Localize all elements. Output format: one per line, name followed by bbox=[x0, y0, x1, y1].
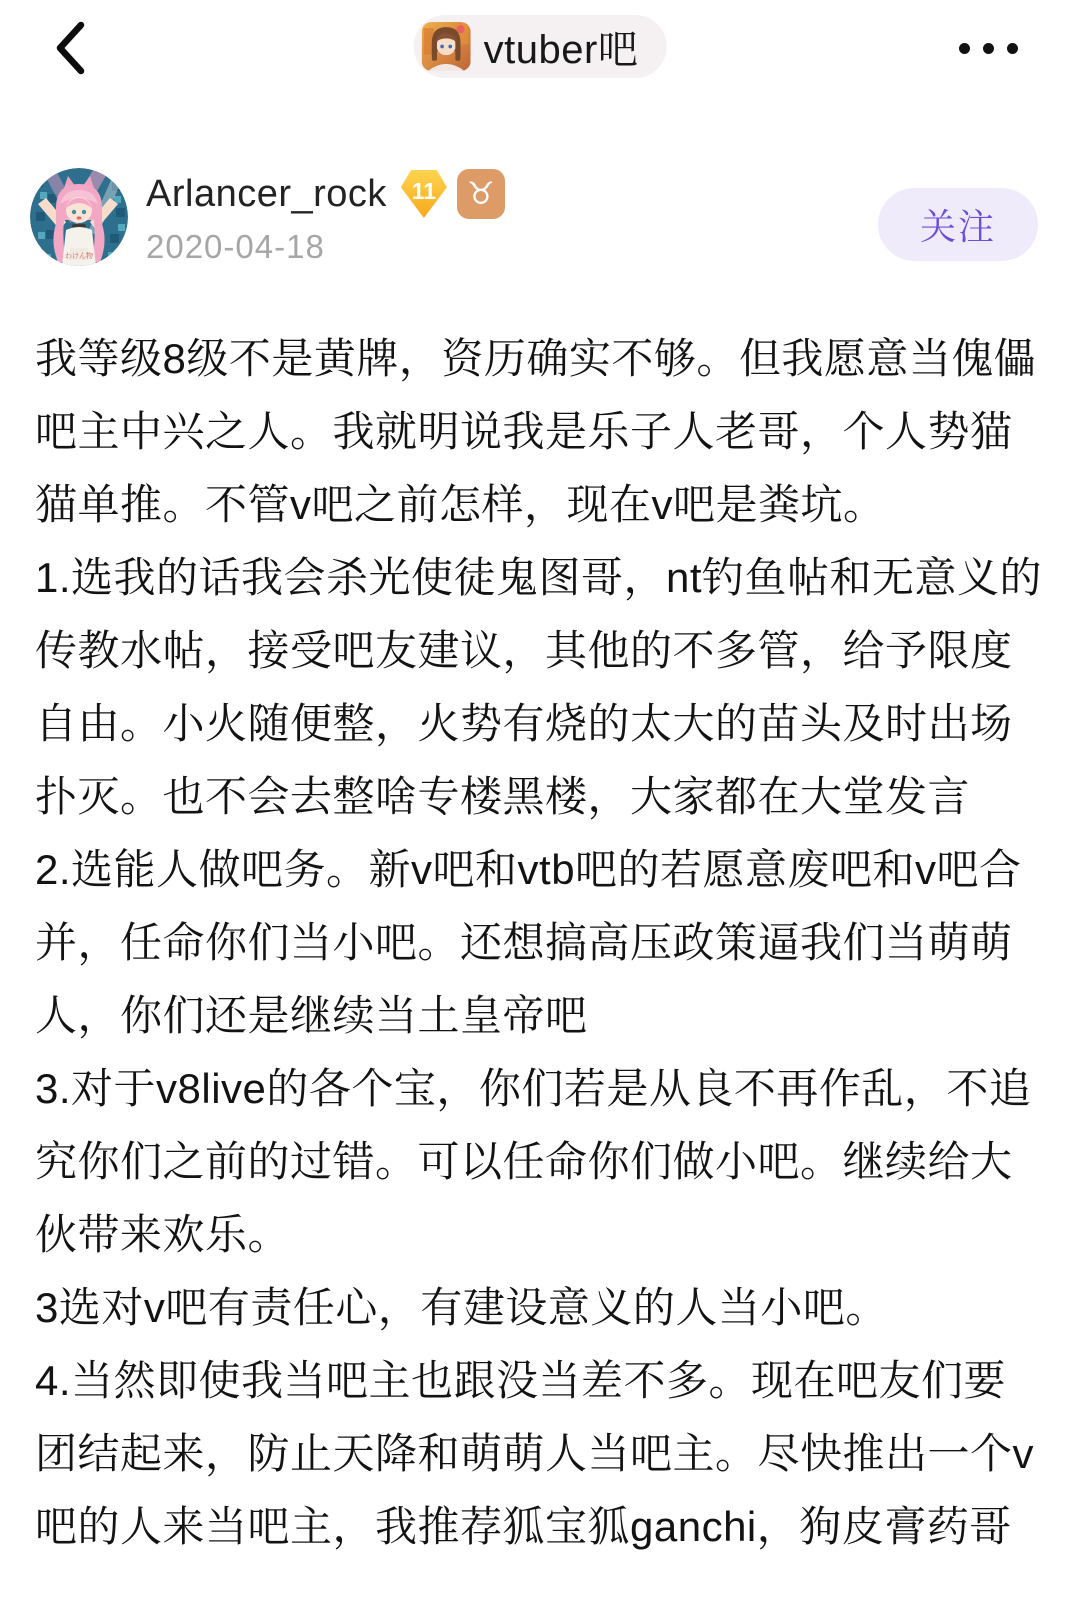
post-body: 我等级8级不是黄牌，资历确实不够。但我愿意当傀儡吧主中兴之人。我就明说我是乐子人… bbox=[35, 322, 1047, 1563]
author-username[interactable]: Arlancer_rock bbox=[146, 173, 387, 216]
author-meta: Arlancer_rock 11 ♉ 2020-04-18 bbox=[146, 170, 505, 266]
taurus-zodiac-badge-icon: ♉ bbox=[457, 169, 505, 219]
chevron-left-icon bbox=[53, 20, 87, 76]
svg-text:わけん物: わけん物 bbox=[65, 251, 93, 260]
forum-chip[interactable]: vtuber吧 bbox=[414, 15, 667, 78]
post-date: 2020-04-18 bbox=[146, 228, 505, 266]
post-paragraph: 我等级8级不是黄牌，资历确实不够。但我愿意当傀儡吧主中兴之人。我就明说我是乐子人… bbox=[35, 322, 1047, 541]
post-paragraph: 1.选我的话我会杀光使徒鬼图哥，nt钓鱼帖和无意义的传教水帖，接受吧友建议，其他… bbox=[35, 541, 1047, 833]
author-avatar[interactable]: わけん物 bbox=[30, 168, 128, 266]
more-options-button[interactable] bbox=[948, 22, 1028, 74]
level-value: 11 bbox=[412, 178, 436, 205]
level-badge-icon: 11 bbox=[401, 170, 447, 218]
post-header: わけん物 Arlancer_rock 11 ♉ 2020-04-18 关注 bbox=[0, 168, 1080, 268]
post-paragraph: 2.选能人做吧务。新v吧和vtb吧的若愿意废吧和v吧合并，任命你们当小吧。还想搞… bbox=[35, 833, 1047, 1052]
follow-button[interactable]: 关注 bbox=[878, 188, 1038, 261]
forum-name: vtuber吧 bbox=[484, 18, 639, 75]
forum-avatar bbox=[422, 22, 471, 71]
top-bar: vtuber吧 bbox=[0, 0, 1080, 96]
post-paragraph: 4.当然即使我当吧主也跟没当差不多。现在吧友们要团结起来，防止天降和萌萌人当吧主… bbox=[35, 1344, 1047, 1563]
ellipsis-icon bbox=[959, 43, 970, 54]
back-button[interactable] bbox=[40, 14, 100, 82]
username-row: Arlancer_rock 11 ♉ bbox=[146, 170, 505, 218]
post-paragraph: 3.对于v8live的各个宝，你们若是从良不再作乱，不追究你们之前的过错。可以任… bbox=[35, 1052, 1047, 1271]
tieba-post-page: vtuber吧 bbox=[0, 0, 1080, 1608]
post-paragraph: 3选对v吧有责任心，有建设意义的人当小吧。 bbox=[35, 1271, 1047, 1344]
